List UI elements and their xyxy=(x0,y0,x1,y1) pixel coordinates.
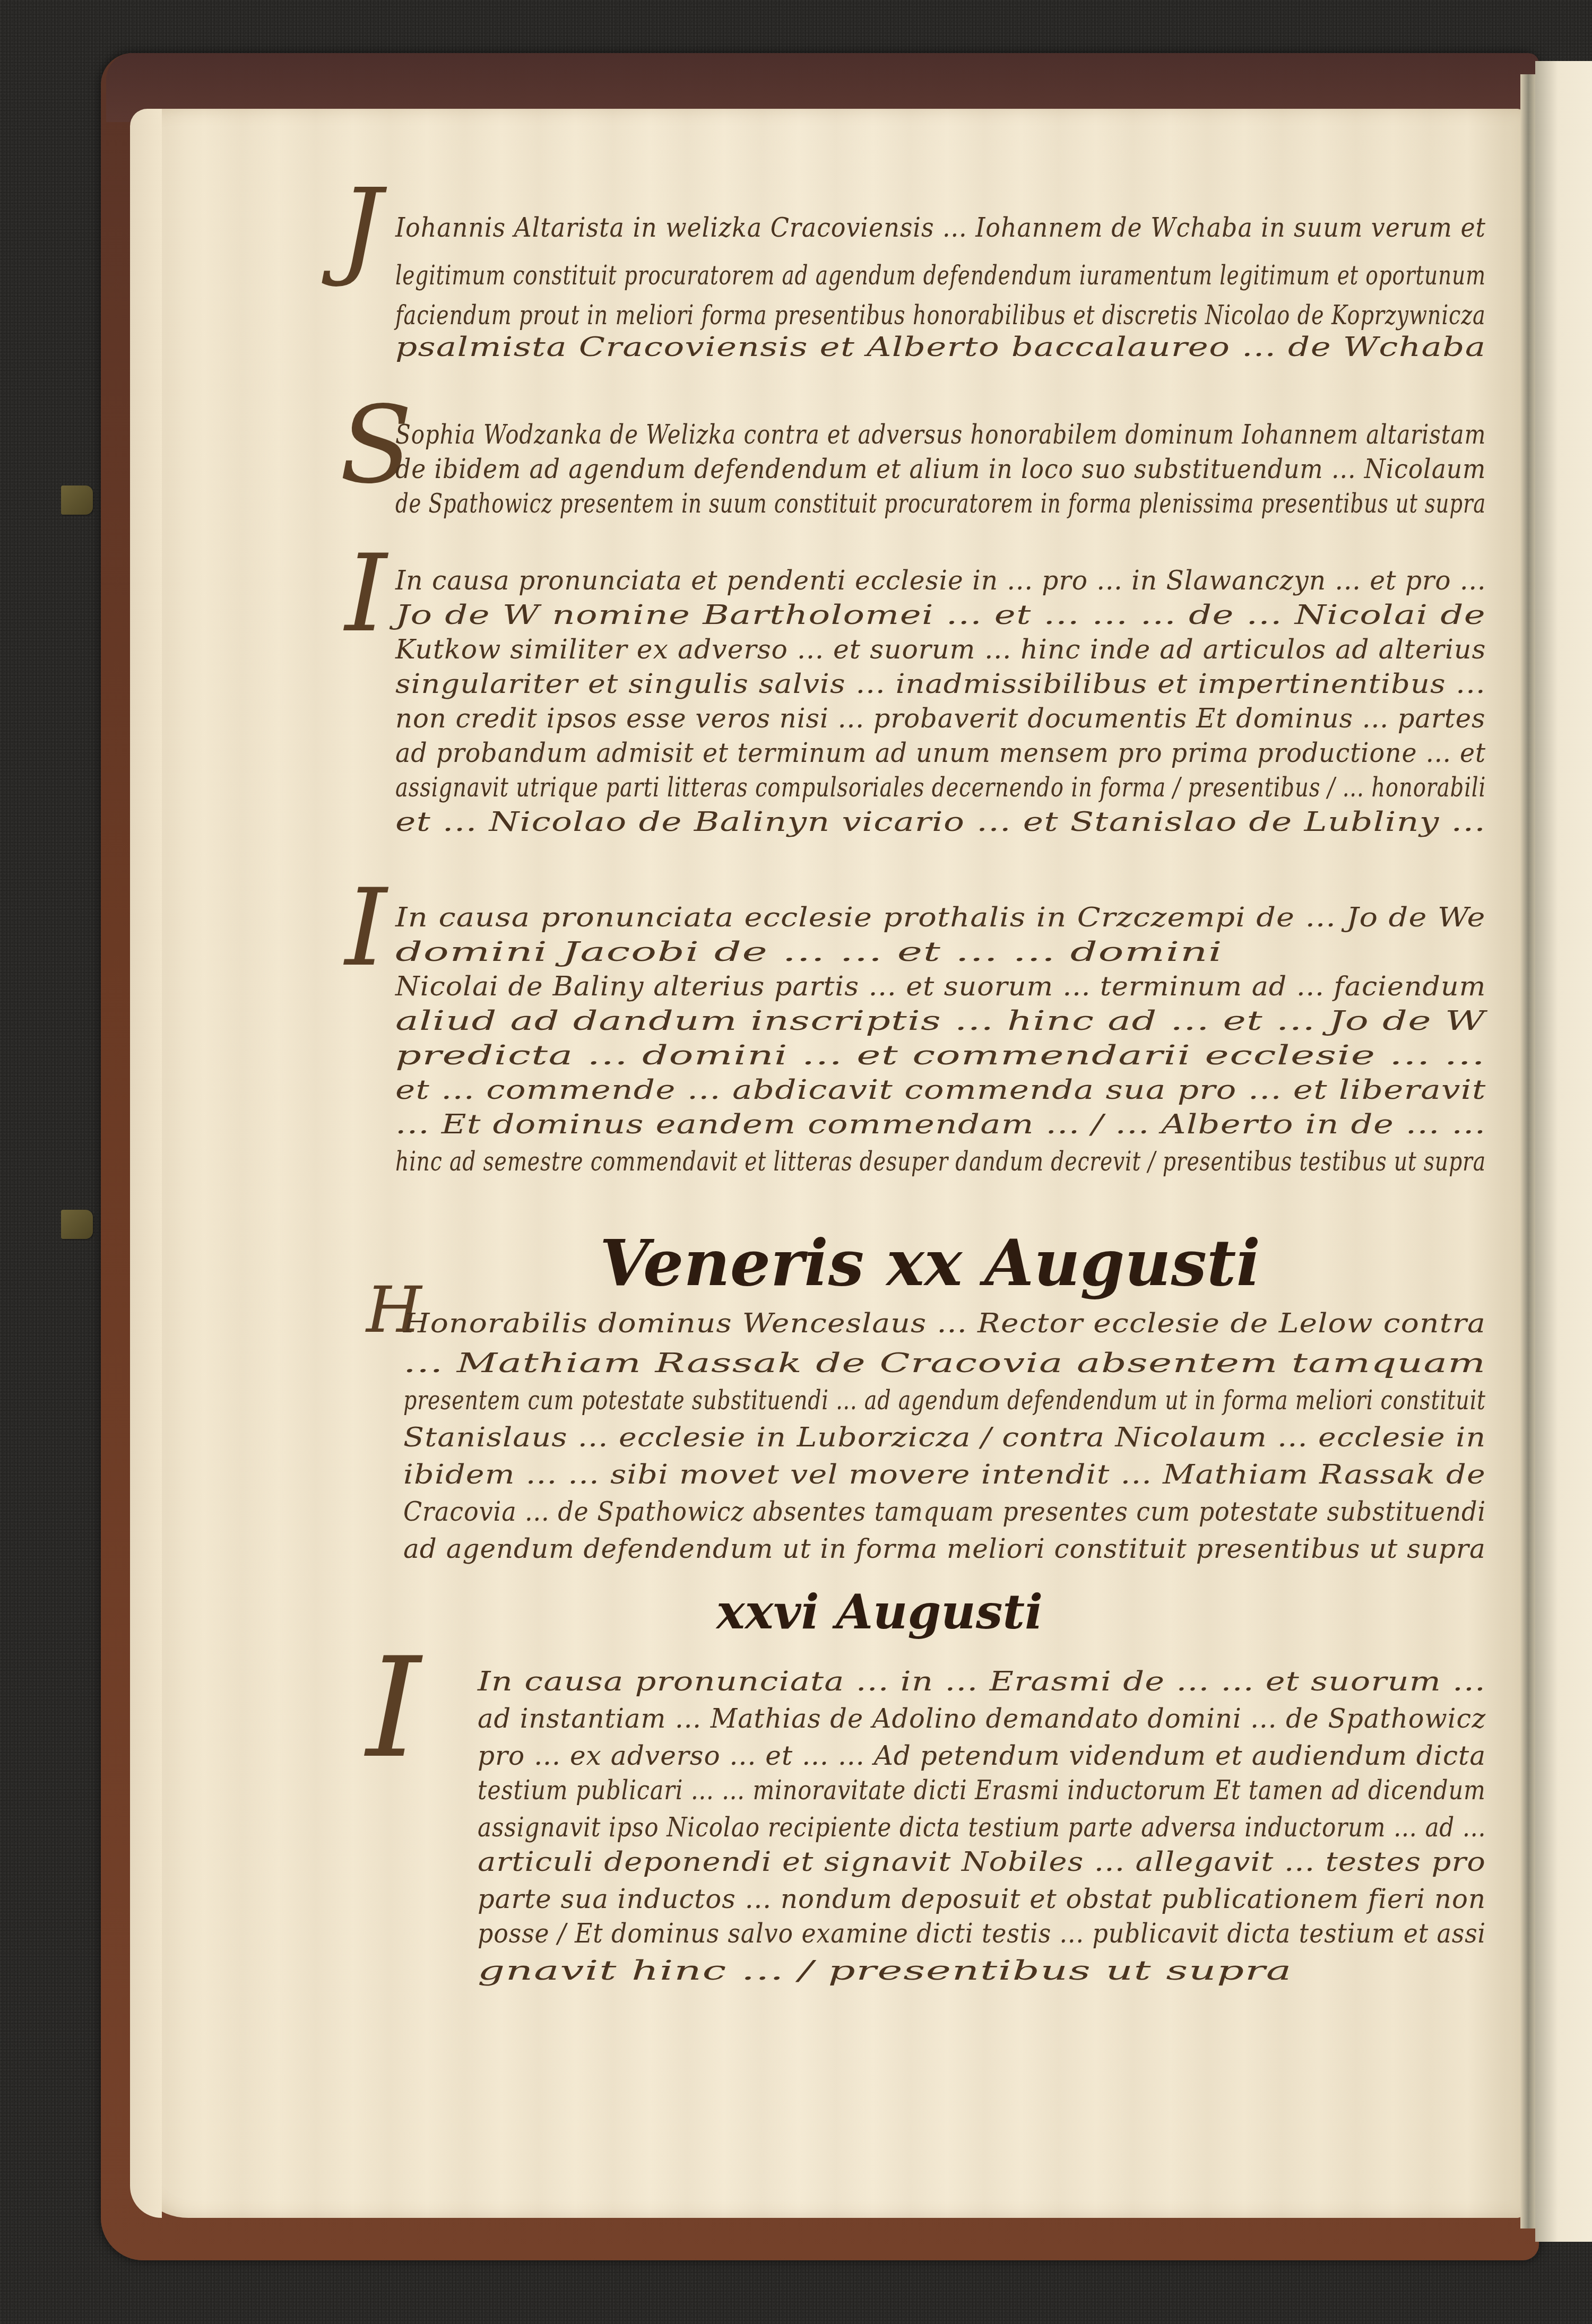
text-line: psalmista Cracoviensis et Alberto baccal… xyxy=(395,332,1486,362)
text-line: Cracovia ... de Spathowicz absentes tamq… xyxy=(403,1496,1486,1527)
text-line: hinc ad semestre commendavit et litteras… xyxy=(395,1146,1486,1177)
text-line: In causa pronunciata et pendenti ecclesi… xyxy=(395,565,1486,596)
text-line: ad agendum defendendum ut in forma melio… xyxy=(403,1533,1486,1564)
text-line: ad probandum admisit et terminum ad unum… xyxy=(395,738,1486,768)
text-line: singulariter et singulis salvis ... inad… xyxy=(395,669,1486,699)
date-heading: xxvi Augusti xyxy=(716,1584,1043,1640)
text-line: assignavit utrique parti litteras compul… xyxy=(395,772,1486,803)
text-line: ... Et dominus eandem commendam ... / ..… xyxy=(395,1109,1486,1140)
text-line: legitimum constituit procuratorem ad age… xyxy=(395,260,1486,291)
entry-initial: I xyxy=(345,541,387,647)
text-line: Honorabilis dominus Wenceslaus ... Recto… xyxy=(403,1308,1486,1339)
text-line: In causa pronunciata ... in ... Erasmi d… xyxy=(478,1666,1486,1697)
text-line: posse / Et dominus salvo examine dicti t… xyxy=(478,1918,1486,1949)
text-line: Jo de W nomine Bartholomei ... et ... ..… xyxy=(395,600,1486,630)
text-line: et ... Nicolao de Balinyn vicario ... et… xyxy=(395,807,1486,837)
text-line: In causa pronunciata ecclesie prothalis … xyxy=(395,902,1486,933)
text-line: Sophia Wodzanka de Welizka contra et adv… xyxy=(395,419,1486,450)
date-heading: Veneris xx Augusti xyxy=(600,1226,1260,1300)
text-line: parte sua inductos ... nondum deposuit e… xyxy=(478,1884,1486,1914)
text-line: faciendum prout in meliori forma present… xyxy=(395,300,1486,331)
text-line: de Spathowicz presentem in suum constitu… xyxy=(395,488,1486,519)
text-line: Iohannis Altarista in welizka Cracoviens… xyxy=(395,212,1486,243)
text-line: assignavit ipso Nicolao recipiente dicta… xyxy=(478,1812,1486,1843)
text-line: ad instantiam ... Mathias de Adolino dem… xyxy=(478,1703,1486,1734)
text-line: Stanislaus ... ecclesie in Luborzicza / … xyxy=(403,1422,1486,1453)
text-line: pro ... ex adverso ... et ... ... Ad pet… xyxy=(478,1740,1486,1771)
text-line: ibidem ... ... sibi movet vel movere int… xyxy=(403,1459,1486,1490)
text-line: domini Jacobi de ... ... et ... ... domi… xyxy=(395,936,1223,967)
manuscript-text: J Iohannis Altarista in welizka Cracovie… xyxy=(0,0,1592,2324)
text-line: gnavit hinc ... / presentibus ut supra xyxy=(478,1955,1292,1986)
text-line: et ... commende ... abdicavit commenda s… xyxy=(395,1074,1486,1105)
entry-initial: I xyxy=(366,1640,421,1777)
text-line: predicta ... domini ... et commendarii e… xyxy=(395,1040,1485,1071)
text-line: ... Mathiam Rassak de Cracovia absentem … xyxy=(403,1348,1486,1378)
text-line: aliud ad dandum inscriptis ... hinc ad .… xyxy=(395,1005,1486,1036)
entry-initial: I xyxy=(345,875,387,982)
text-line: presentem cum potestate substituendi ...… xyxy=(403,1385,1486,1416)
text-line: de ibidem ad agendum defendendum et aliu… xyxy=(395,454,1486,484)
text-line: non credit ipsos esse veros nisi ... pro… xyxy=(395,703,1486,734)
text-line: articuli deponendi et signavit Nobiles .… xyxy=(478,1846,1486,1877)
text-line: Nicolai de Baliny alterius partis ... et… xyxy=(395,971,1486,1002)
text-line: Kutkow similiter ex adverso ... et suoru… xyxy=(395,634,1486,665)
text-line: testium publicari ... ... minoravitate d… xyxy=(478,1775,1486,1806)
entry-initial: J xyxy=(340,175,382,281)
